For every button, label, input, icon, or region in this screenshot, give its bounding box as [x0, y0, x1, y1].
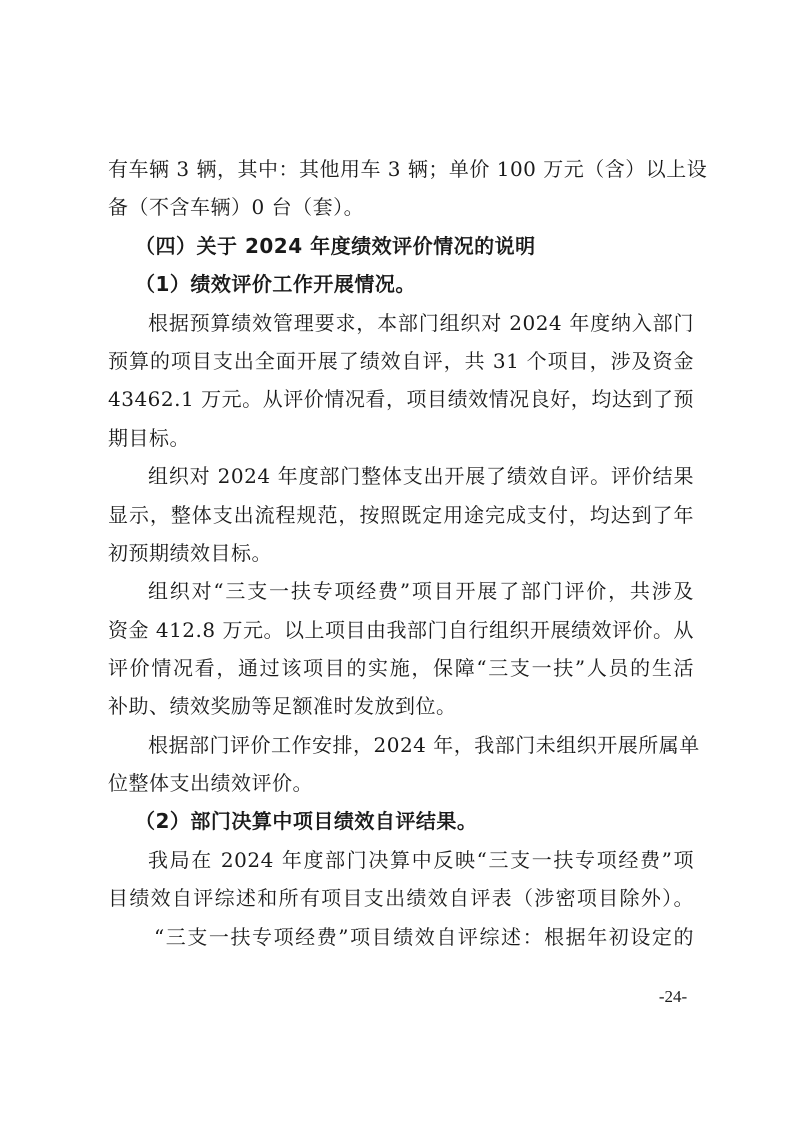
body-text-line: 备（不含车辆）0 台（套）。 [108, 192, 694, 222]
paragraph-first-line: 组织对 2024 年度部门整体支出开展了绩效自评。评价结果 [148, 461, 694, 491]
paragraph-first-line: 组织对“三支一扶专项经费”项目开展了部门评价，共涉及 [148, 576, 694, 606]
page-number: -24- [645, 987, 701, 1007]
body-text-line: 期目标。 [108, 423, 694, 453]
body-text-line: 有车辆 3 辆，其中：其他用车 3 辆；单价 100 万元（含）以上设 [108, 154, 694, 184]
body-text-line: 预算的项目支出全面开展了绩效自评，共 31 个项目，涉及资金 [108, 346, 694, 376]
paragraph-first-line: “三支一扶专项经费”项目绩效自评综述：根据年初设定的 [154, 922, 694, 952]
section-heading: （四）关于 2024 年度绩效评价情况的说明 [135, 231, 695, 261]
body-text-line: 初预期绩效目标。 [108, 538, 694, 568]
paragraph-first-line: 我局在 2024 年度部门决算中反映“三支一扶专项经费”项 [148, 845, 694, 875]
body-text-line: 评价情况看，通过该项目的实施，保障“三支一扶”人员的生活 [108, 653, 694, 683]
document-page: 有车辆 3 辆，其中：其他用车 3 辆；单价 100 万元（含）以上设 备（不含… [0, 0, 793, 1122]
body-text-line: 显示，整体支出流程规范，按照既定用途完成支付，均达到了年 [108, 500, 694, 530]
body-text-line: 补助、绩效奖励等足额准时发放到位。 [108, 691, 694, 721]
body-text-line: 43462.1 万元。从评价情况看，项目绩效情况良好，均达到了预 [108, 384, 694, 414]
subsection-heading: （1）绩效评价工作开展情况。 [135, 269, 695, 299]
body-text-line: 目绩效自评综述和所有项目支出绩效自评表（涉密项目除外）。 [108, 883, 694, 913]
body-text-line: 位整体支出绩效评价。 [108, 768, 694, 798]
paragraph-first-line: 根据部门评价工作安排，2024 年，我部门未组织开展所属单 [148, 730, 694, 760]
paragraph-first-line: 根据预算绩效管理要求，本部门组织对 2024 年度纳入部门 [148, 308, 694, 338]
subsection-heading: （2）部门决算中项目绩效自评结果。 [135, 806, 695, 836]
body-text-line: 资金 412.8 万元。以上项目由我部门自行组织开展绩效评价。从 [108, 615, 694, 645]
